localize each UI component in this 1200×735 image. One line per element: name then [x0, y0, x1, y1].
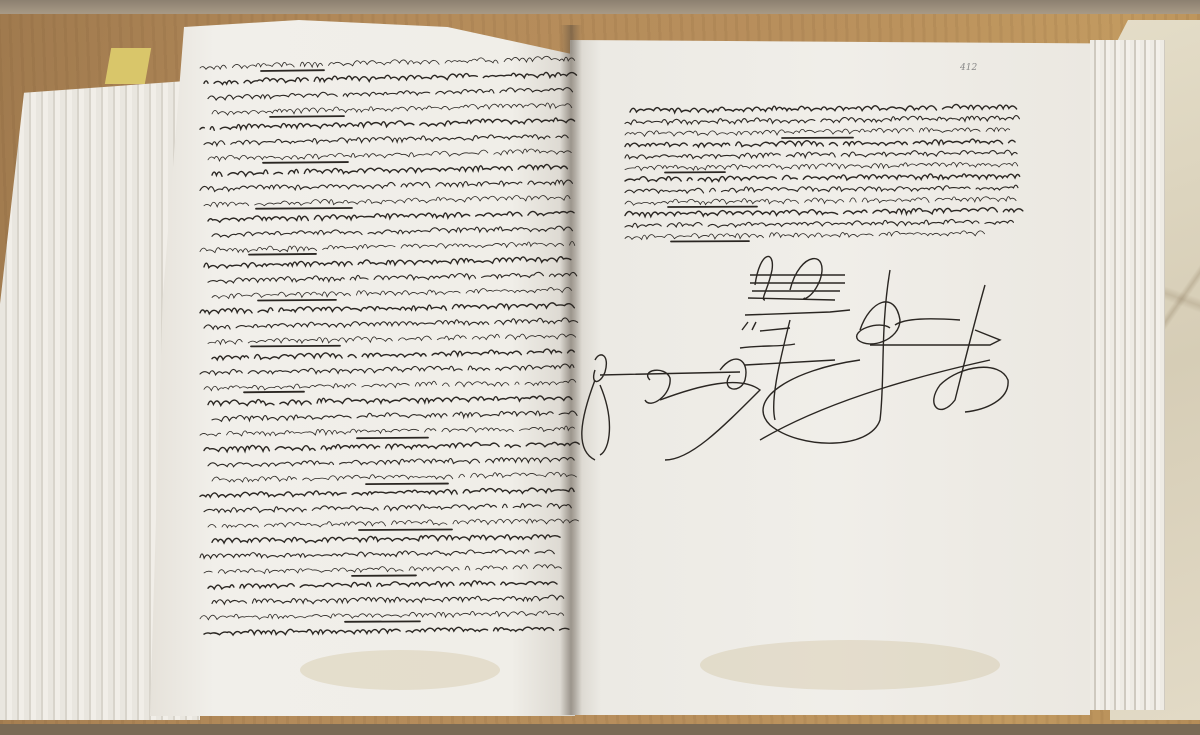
right-page-handwriting [625, 104, 1023, 241]
signatures [582, 256, 1008, 460]
signature-rubric-top [745, 256, 850, 315]
signature-alderz [740, 320, 835, 420]
signature-joan [760, 270, 1008, 443]
signature-left [582, 355, 760, 460]
handwriting-layer [0, 0, 1200, 735]
left-page-handwriting [200, 56, 581, 635]
